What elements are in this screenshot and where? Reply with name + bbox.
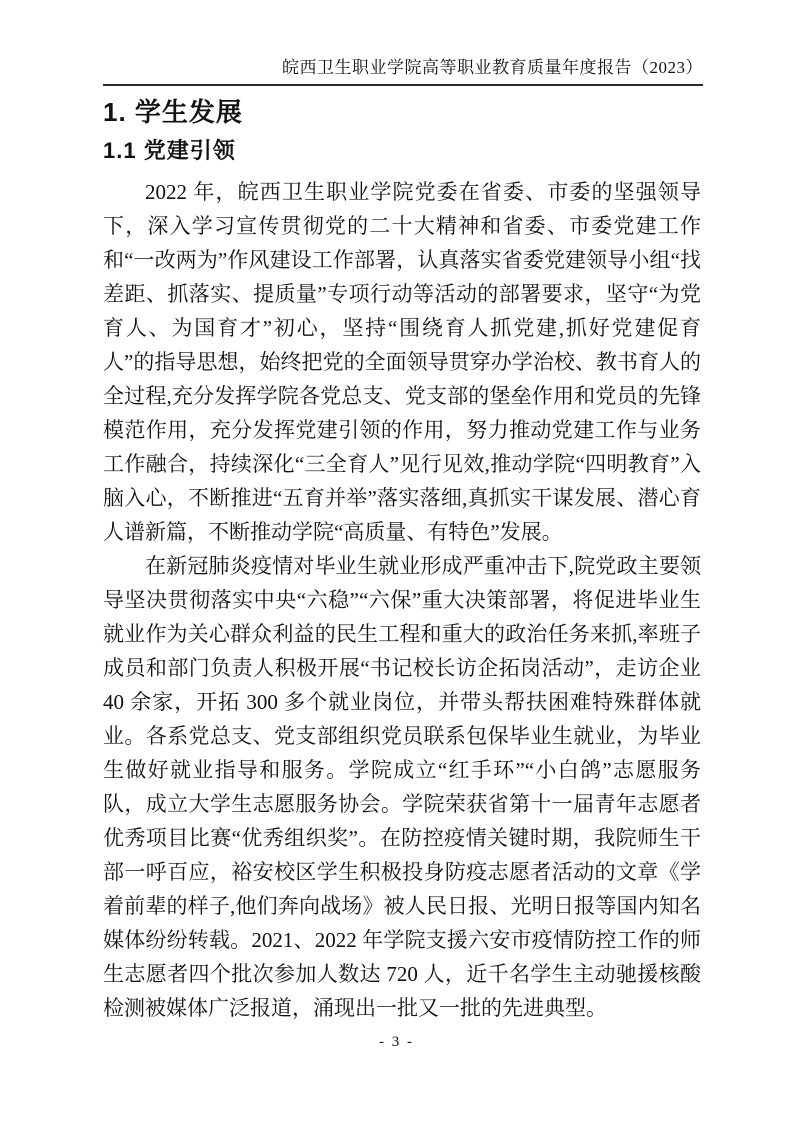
section-heading: 1. 学生发展 (103, 98, 701, 128)
running-title: 皖西卫生职业学院高等职业教育质量年度报告（2023） (282, 58, 703, 77)
page-footer: - 3 - (0, 1034, 793, 1051)
page-header: 皖西卫生职业学院高等职业教育质量年度报告（2023） (103, 58, 703, 86)
document-page: 皖西卫生职业学院高等职业教育质量年度报告（2023） 1. 学生发展 1.1 党… (0, 0, 793, 1122)
subsection-heading: 1.1 党建引领 (103, 138, 701, 163)
page-number: - 3 - (379, 1034, 414, 1050)
paragraph-employment-volunteer: 在新冠肺炎疫情对毕业生就业形成严重冲击下,院党政主要领导坚决贯彻落实中央“六稳”… (103, 549, 701, 1025)
page-content: 1. 学生发展 1.1 党建引领 2022 年，皖西卫生职业学院党委在省委、市委… (103, 98, 701, 1025)
paragraph-party-building: 2022 年，皖西卫生职业学院党委在省委、市委的坚强领导下，深入学习宣传贯彻党的… (103, 175, 701, 549)
